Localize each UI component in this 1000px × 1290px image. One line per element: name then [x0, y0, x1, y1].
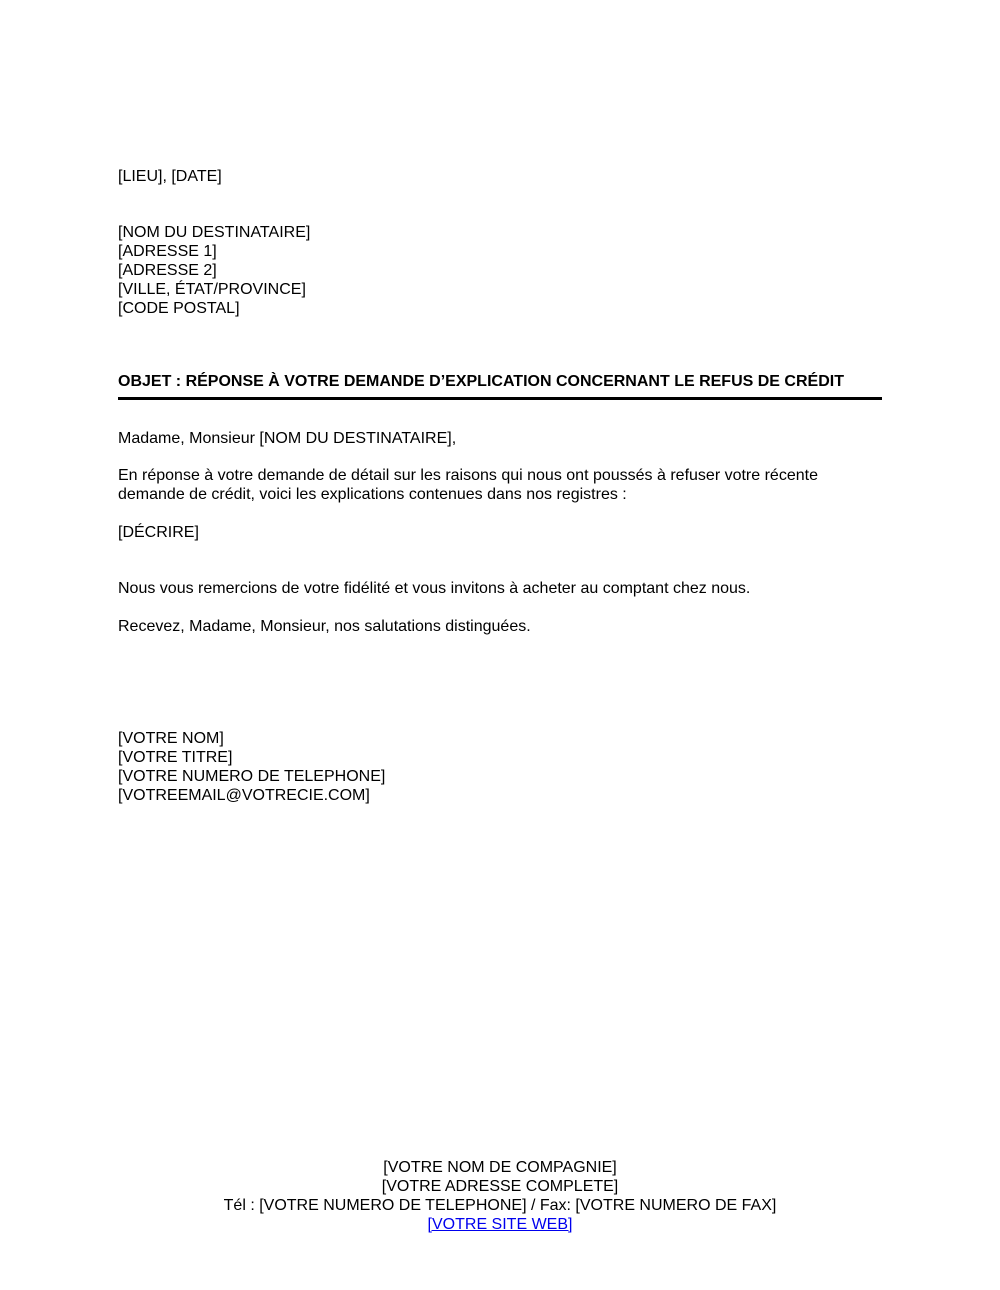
closing-text: Recevez, Madame, Monsieur, nos salutatio…: [118, 617, 531, 636]
subject-heading: OBJET : RÉPONSE À VOTRE DEMANDE D’EXPLIC…: [118, 372, 882, 391]
signature-name: [VOTRE NOM]: [118, 729, 385, 748]
footer-contact: Tél : [VOTRE NUMERO DE TELEPHONE] / Fax:…: [0, 1196, 1000, 1215]
signature-block: [VOTRE NOM] [VOTRE TITRE] [VOTRE NUMERO …: [118, 729, 385, 805]
recipient-city-state: [VILLE, ÉTAT/PROVINCE]: [118, 280, 310, 299]
place-date: [LIEU], [DATE]: [118, 167, 222, 186]
letter-page: [LIEU], [DATE] [NOM DU DESTINATAIRE] [AD…: [0, 0, 1000, 1290]
footer-website-link[interactable]: [VOTRE SITE WEB]: [428, 1216, 573, 1233]
recipient-address-block: [NOM DU DESTINATAIRE] [ADRESSE 1] [ADRES…: [118, 223, 310, 318]
signature-title: [VOTRE TITRE]: [118, 748, 385, 767]
body-paragraph-1: En réponse à votre demande de détail sur…: [118, 466, 818, 504]
salutation: Madame, Monsieur [NOM DU DESTINATAIRE],: [118, 429, 456, 448]
recipient-postal-code: [CODE POSTAL]: [118, 299, 310, 318]
thanks-paragraph: Nous vous remercions de votre fidélité e…: [118, 579, 750, 598]
letter-footer: [VOTRE NOM DE COMPAGNIE] [VOTRE ADRESSE …: [0, 1158, 1000, 1234]
thanks-text: Nous vous remercions de votre fidélité e…: [118, 579, 750, 598]
place-date-text: [LIEU], [DATE]: [118, 167, 222, 186]
signature-phone: [VOTRE NUMERO DE TELEPHONE]: [118, 767, 385, 786]
describe-text: [DÉCRIRE]: [118, 523, 199, 542]
signature-email: [VOTREEMAIL@VOTRECIE.COM]: [118, 786, 385, 805]
recipient-address2: [ADRESSE 2]: [118, 261, 310, 280]
paragraph-1-line-1: En réponse à votre demande de détail sur…: [118, 466, 818, 485]
salutation-text: Madame, Monsieur [NOM DU DESTINATAIRE],: [118, 429, 456, 448]
recipient-address1: [ADRESSE 1]: [118, 242, 310, 261]
subject-divider: [118, 397, 882, 400]
footer-address: [VOTRE ADRESSE COMPLETE]: [0, 1177, 1000, 1196]
closing-paragraph: Recevez, Madame, Monsieur, nos salutatio…: [118, 617, 531, 636]
describe-placeholder: [DÉCRIRE]: [118, 523, 199, 542]
recipient-name: [NOM DU DESTINATAIRE]: [118, 223, 310, 242]
footer-company: [VOTRE NOM DE COMPAGNIE]: [0, 1158, 1000, 1177]
paragraph-1-line-2: demande de crédit, voici les explication…: [118, 485, 818, 504]
